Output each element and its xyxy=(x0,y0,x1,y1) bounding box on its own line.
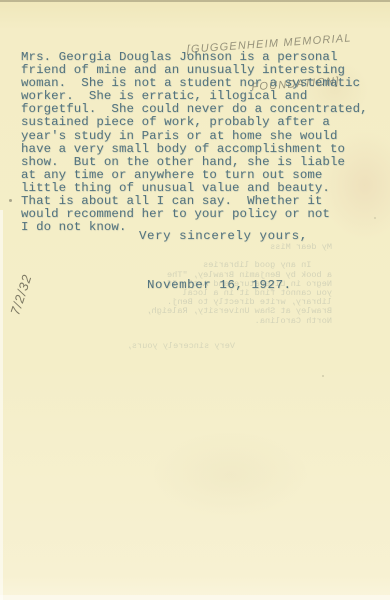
paper-left-edge xyxy=(0,210,3,600)
paper-stain xyxy=(150,430,310,520)
paper-speck xyxy=(374,217,376,219)
typed-line: at any time or anywhere to turn out some xyxy=(21,169,368,182)
paper-top-edge xyxy=(0,0,390,2)
paper-speck xyxy=(9,199,12,202)
paper-bottom-edge xyxy=(0,595,390,600)
typed-line: sustained piece of work, probably after … xyxy=(21,116,368,129)
bleed-through-closing: Very sincerely yours, xyxy=(103,341,235,351)
letter-closing: Very sincerely yours, xyxy=(139,229,308,243)
bleed-through-line: North Carolina. xyxy=(98,317,332,326)
letter-page: [GUGGENHEIM MEMORIAL FOUNDATION] My dear… xyxy=(0,0,390,600)
typed-line: show. But on the other hand, she is liab… xyxy=(21,156,368,169)
paper-speck xyxy=(322,375,324,377)
letter-date: November 16, 1927. xyxy=(147,278,292,292)
bleed-through-line: My dear Miss xyxy=(98,243,332,252)
letter-body: Mrs. Georgia Douglas Johnson is a person… xyxy=(21,51,368,234)
typed-line: have a very small body of accomplishment… xyxy=(21,143,368,156)
handwritten-margin-date: 7/2/32 xyxy=(4,263,37,327)
typed-line: year's study in Paris or at home she wou… xyxy=(21,130,368,143)
